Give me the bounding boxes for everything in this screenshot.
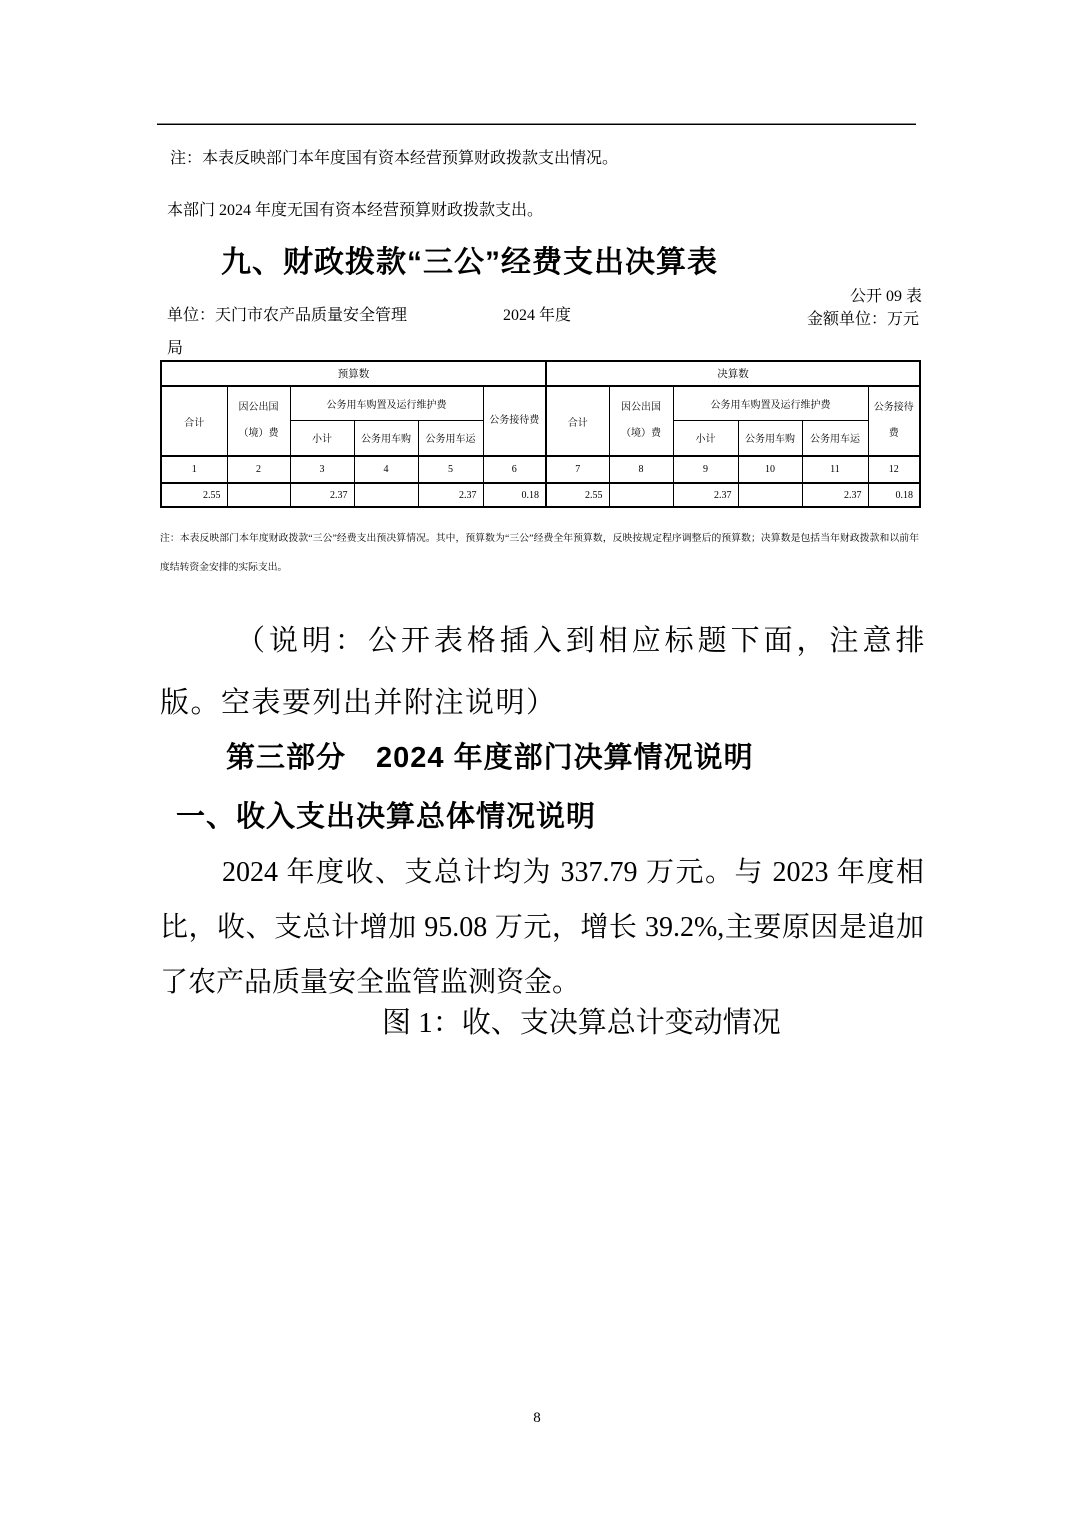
- group-header-final: 决算数: [546, 361, 920, 386]
- note-gov-capital-1: 注：本表反映部门本年度国有资本经营预算财政拨款支出情况。: [170, 149, 618, 170]
- value-col-2: [227, 483, 290, 507]
- header-final-reception: 公务接待费: [868, 386, 920, 456]
- header-budget-subtotal: 小计: [290, 420, 354, 456]
- header-final-total: 合计: [546, 386, 609, 456]
- section-one-title: 一、收入支出决算总体情况说明: [176, 794, 596, 835]
- document-page: 注：本表反映部门本年度国有资本经营预算财政拨款支出情况。 本部门 2024 年度…: [0, 0, 1074, 1520]
- note-gov-capital-2: 本部门 2024 年度无国有资本经营预算财政拨款支出。: [167, 201, 543, 222]
- col-number-6: 6: [483, 456, 546, 483]
- col-number-5: 5: [418, 456, 483, 483]
- col-number-10: 10: [738, 456, 802, 483]
- value-col-1: 2.55: [161, 483, 227, 507]
- col-number-7: 7: [546, 456, 609, 483]
- figure-one-caption: 图 1：收、支决算总计变动情况: [382, 1000, 781, 1041]
- value-col-8: [609, 483, 673, 507]
- col-number-2: 2: [227, 456, 290, 483]
- header-final-abroad: 因公出国（境）费: [609, 386, 673, 456]
- header-budget-vehicle-group: 公务用车购置及运行维护费: [290, 386, 483, 420]
- header-final-vehicle-purchase: 公务用车购: [738, 420, 802, 456]
- value-col-11: 2.37: [802, 483, 868, 507]
- section-nine-title: 九、财政拨款“三公”经费支出决算表: [221, 237, 718, 281]
- table-footnote: 注：本表反映部门本年度财政拨款“三公”经费支出预决算情况。其中，预算数为“三公”…: [160, 524, 919, 582]
- group-header-budget: 预算数: [161, 361, 546, 386]
- header-final-vehicle-group: 公务用车购置及运行维护费: [673, 386, 868, 420]
- overview-paragraph: 2024 年度收、支总计均为 337.79 万元。与 2023 年度相比，收、支…: [160, 845, 924, 1010]
- col-number-4: 4: [354, 456, 418, 483]
- value-col-6: 0.18: [483, 483, 546, 507]
- value-col-7: 2.55: [546, 483, 609, 507]
- header-budget-abroad: 因公出国（境）费: [227, 386, 290, 456]
- col-number-3: 3: [290, 456, 354, 483]
- value-col-12: 0.18: [868, 483, 920, 507]
- col-number-8: 8: [609, 456, 673, 483]
- header-rule: [157, 123, 916, 125]
- form-code: 公开 09 表: [850, 283, 922, 306]
- header-budget-reception: 公务接待费: [483, 386, 546, 456]
- header-final-vehicle-operation: 公务用车运: [802, 420, 868, 456]
- col-number-9: 9: [673, 456, 738, 483]
- header-budget-vehicle-operation: 公务用车运: [418, 420, 483, 456]
- layout-remark: （说明：公开表格插入到相应标题下面，注意排版。空表要列出并附注说明）: [160, 610, 926, 734]
- unit-name-line2: 局: [167, 339, 183, 360]
- unit-name-line1: 单位：天门市农产品质量安全管理: [167, 306, 407, 327]
- amount-unit: 金额单位：万元: [807, 306, 919, 329]
- header-budget-vehicle-purchase: 公务用车购: [354, 420, 418, 456]
- value-col-9: 2.37: [673, 483, 738, 507]
- value-col-10: [738, 483, 802, 507]
- page-number: 8: [0, 1410, 1074, 1427]
- header-final-subtotal: 小计: [673, 420, 738, 456]
- value-col-5: 2.37: [418, 483, 483, 507]
- part-three-title: 第三部分 2024 年度部门决算情况说明: [226, 735, 754, 776]
- col-number-12: 12: [868, 456, 920, 483]
- value-col-4: [354, 483, 418, 507]
- col-number-1: 1: [161, 456, 227, 483]
- fiscal-year: 2024 年度: [503, 306, 571, 327]
- value-col-3: 2.37: [290, 483, 354, 507]
- header-budget-total: 合计: [161, 386, 227, 456]
- col-number-11: 11: [802, 456, 868, 483]
- three-public-expense-table: 预算数 决算数 合计 因公出国（境）费 公务用车购置及运行维护费 公务接待费 合…: [160, 360, 921, 508]
